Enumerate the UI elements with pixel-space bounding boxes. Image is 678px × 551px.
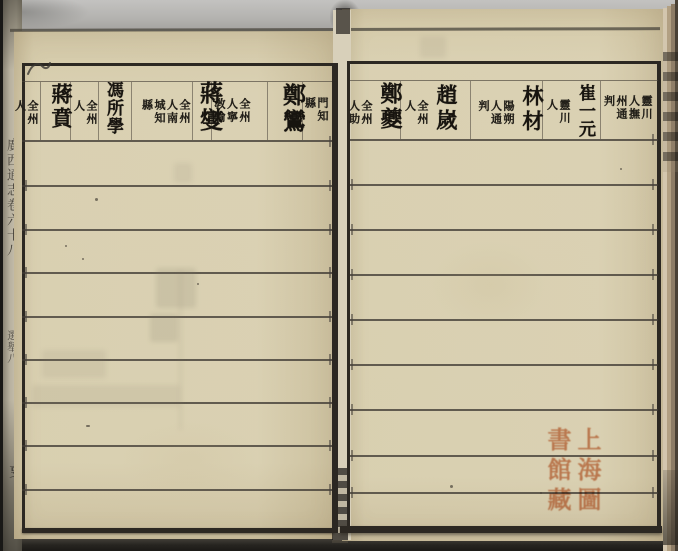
fore-edge-ink-marks [663,52,678,172]
left-header-inner-line [22,81,332,82]
left-row-line [22,140,332,142]
ink-speck [86,425,90,427]
library-seal: 上海圖書館藏 [542,427,602,523]
left-frame-left [22,63,25,533]
entry-note: 全州人南城知縣 [140,99,190,126]
entry-name: 蔣燮 [193,81,226,135]
cell-divider [267,82,268,140]
entry-name: 崔一元 [573,84,598,138]
entry-note: 陽朔人通判 [477,100,515,127]
left-frame-right [332,63,338,533]
bleedthrough-smudge [32,385,180,407]
paper-stain [120,420,260,500]
entry-note: 全州人助 [347,100,372,127]
ink-speck [450,485,453,488]
left-row-ticks [25,136,27,147]
right-frame-right [657,61,661,533]
left-frame-top [22,63,335,66]
entry-name: 鄭鸞 [276,83,309,135]
bleedthrough-line [179,270,182,430]
right-row-line [350,455,658,457]
right-row-line [350,492,658,494]
ink-speck [82,258,84,260]
entry-name: 馮所學 [101,81,126,135]
right-row-line [350,409,658,411]
bleedthrough-smudge [156,268,196,308]
ink-speck [540,492,542,494]
right-row-ticks [351,134,353,145]
right-header-inner-line [350,80,658,81]
right-row-line [350,364,658,366]
cell-divider [600,81,601,139]
right-row-line [350,229,658,231]
bleedthrough-smudge [42,350,106,378]
right-frame-left [347,61,350,533]
ink-speck [95,198,98,201]
bleedthrough-smudge [420,36,446,58]
entry-name: 林材 [517,85,547,135]
ink-speck [197,283,199,285]
right-frame-bottom [340,526,662,533]
left-row-line [22,185,332,187]
entry-note: 靈川人 [545,99,570,126]
cell-divider [131,82,132,140]
ink-squiggle [26,58,52,80]
right-row-line [350,139,658,141]
entry-note: 全州人 [403,100,428,127]
left-row-line [22,229,332,231]
entry-name: 蔣賁 [46,83,76,131]
ink-speck [65,245,67,247]
cell-divider [98,82,99,140]
left-frame-bottom [22,528,335,533]
ink-speck [620,168,622,170]
cell-divider [470,81,471,139]
entry-note: 靈川人撫州通判 [602,95,652,122]
entry-name: 趙嵗 [431,84,461,134]
entry-note: 全州人 [13,100,38,127]
fore-edge-shadow [663,470,678,545]
cell-divider [40,82,41,140]
book-scan: 廣西通志卷六十八 選舉八 叓 門知縣 鄭鸞 全州人寧敎諭 蔣燮 全州人南城知縣 … [0,0,678,551]
right-frame-top [347,61,660,64]
bleedthrough-smudge [150,314,178,342]
entry-name: 鄭夔 [375,82,406,132]
gutter-top-ink [336,8,350,34]
right-row-line [350,184,658,186]
bleedthrough-smudge [174,163,192,183]
paper-stain [430,240,550,330]
